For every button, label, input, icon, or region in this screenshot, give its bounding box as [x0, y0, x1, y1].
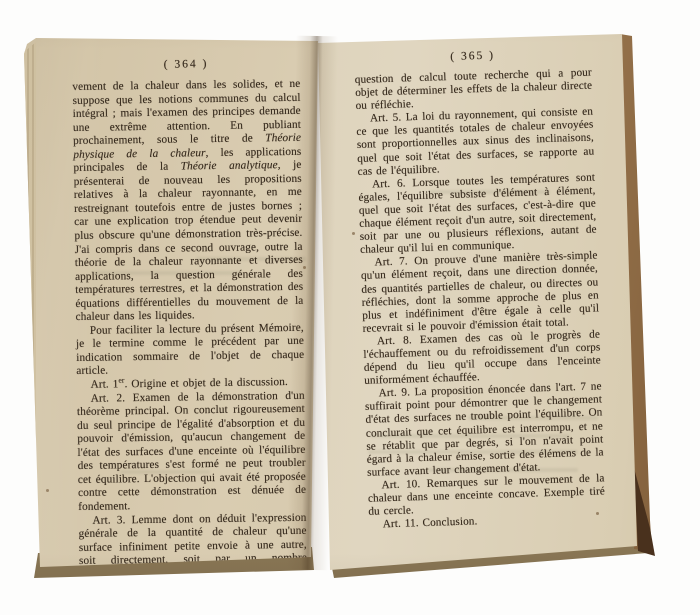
text-run: Art. 11. Conclusion. [383, 516, 478, 531]
right-page-paragraphs: question de calcul toute recherche qui a… [355, 67, 606, 532]
paragraph: Art. 1er. Origine et objet de la discuss… [76, 376, 304, 393]
text-run: Pour faciliter la lecture du présent Mém… [76, 322, 304, 378]
left-page-text: ( 364 ) vement de la chaleur dans les so… [72, 57, 308, 609]
paragraph: Art. 9. La proposition énoncée dans l'ar… [364, 381, 604, 480]
page-number: ( 365 ) [354, 47, 591, 66]
paragraph: Art. 4. Cette expression suffit pour réd… [79, 579, 307, 609]
text-run: Art. 5. La loi du rayonnement, qui consi… [356, 106, 594, 178]
left-page-paragraphs: vement de la chaleur dans les solides, e… [72, 78, 307, 609]
foxing-spot [352, 232, 355, 235]
foxing-spot [596, 512, 599, 515]
text-run: vement de la chaleur dans les solides, e… [72, 78, 301, 147]
text-run: question de calcul toute recherche qui a… [355, 67, 593, 113]
paragraph: Art. 5. La loi du rayonnement, qui consi… [356, 106, 595, 179]
text-run: Art. 10. Remarques sur le mouvement de l… [368, 472, 605, 518]
show-through-smudge [428, 468, 578, 472]
paragraph: Art. 10. Remarques sur le mouvement de l… [367, 472, 605, 519]
text-run: er [118, 376, 124, 385]
text-run: , je présenterai de nouveau les proposit… [74, 159, 304, 323]
foxing-spot [46, 489, 49, 492]
show-through-smudge [430, 190, 550, 194]
text-run: Art. 6. Lorsque toutes les températures … [358, 171, 596, 256]
right-page-text: ( 365 ) question de calcul toute recherc… [354, 47, 606, 532]
book-photo: ( 364 ) vement de la chaleur dans les so… [0, 0, 700, 615]
italic-text-run: Théorie analytique [181, 159, 278, 172]
paragraph: Art. 7. On prouve d'une manière très-sim… [360, 250, 599, 336]
paragraph: Art. 2. Examen de la démonstration d'un … [77, 389, 307, 514]
text-run: Art. 7. On prouve d'une manière très-sim… [361, 250, 599, 335]
show-through-smudge [92, 271, 242, 275]
show-through-smudge [120, 470, 210, 474]
text-run: Art. 8. Examen des cas où le progrès de … [363, 328, 601, 387]
page-edge-stack-left [22, 42, 36, 562]
paragraph: Pour faciliter la lecture du présent Mém… [76, 322, 305, 379]
show-through-smudge [368, 450, 578, 454]
paragraph: Art. 6. Lorsque toutes les températures … [358, 171, 597, 257]
text-run: , les applications principales de la [73, 146, 301, 175]
text-run: Art. 1 [90, 378, 118, 390]
page-number: ( 364 ) [72, 57, 300, 72]
text-run: Art. 4. Cette expression suffit pour réd… [79, 579, 307, 608]
text-run: . Origine et objet de la discussion. [124, 376, 287, 390]
show-through-smudge [196, 257, 306, 261]
italic-text-run: Théorie physique de la chaleur [73, 132, 301, 161]
show-through-smudge [370, 434, 570, 438]
paragraph: Art. 8. Examen des cas où le progrès de … [363, 328, 602, 388]
text-run: Art. 9. La proposition énoncée dans l'ar… [365, 381, 604, 479]
text-run: Art. 2. Examen de la démonstration d'un … [77, 389, 306, 513]
show-through-smudge [468, 416, 598, 420]
paragraph: question de calcul toute recherche qui a… [355, 67, 593, 114]
paragraph: vement de la chaleur dans les solides, e… [72, 78, 303, 325]
paragraph: Art. 11. Conclusion. [369, 512, 606, 533]
